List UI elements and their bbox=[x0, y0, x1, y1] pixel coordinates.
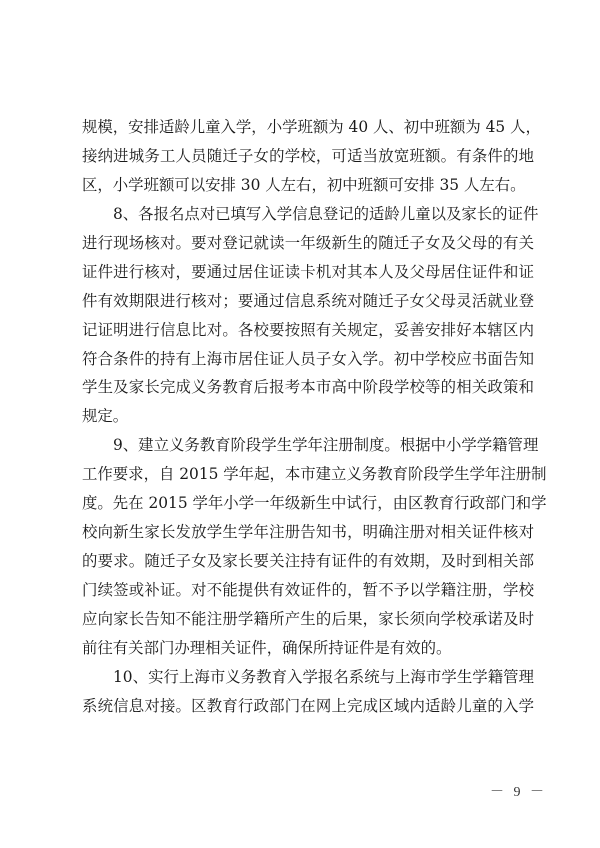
body-text: 规模，安排适龄儿童入学，小学班额为 40 人、初中班额为 45 人， 接纳进城务… bbox=[82, 113, 534, 721]
text-line: 规定。 bbox=[82, 402, 534, 431]
page-number: － 9 － bbox=[490, 781, 547, 801]
paragraph-8-first-line: 8、各报名点对已填写入学信息登记的适龄儿童以及家长的证件 bbox=[82, 200, 534, 229]
text-line: 系统信息对接。区教育行政部门在网上完成区域内适龄儿童的入学 bbox=[82, 692, 534, 721]
document-page: 规模，安排适龄儿童入学，小学班额为 40 人、初中班额为 45 人， 接纳进城务… bbox=[0, 0, 600, 848]
text-line: 应向家长告知不能注册学籍所产生的后果，家长须向学校承诺及时 bbox=[82, 605, 534, 634]
text-line: 件有效期限进行核对；要通过信息系统对随迁子女父母灵活就业登 bbox=[82, 287, 534, 316]
text-line: 前往有关部门办理相关证件，确保所持证件是有效的。 bbox=[82, 634, 534, 663]
text-line: 规模，安排适龄儿童入学，小学班额为 40 人、初中班额为 45 人， bbox=[82, 113, 534, 142]
paragraph-9-first-line: 9、建立义务教育阶段学生学年注册制度。根据中小学学籍管理 bbox=[82, 431, 534, 460]
text-line: 记证明进行信息比对。各校要按照有关规定，妥善安排好本辖区内 bbox=[82, 316, 534, 345]
text-line: 工作要求，自 2015 学年起，本市建立义务教育阶段学生学年注册制 bbox=[82, 460, 534, 489]
text-line: 度。先在 2015 学年小学一年级新生中试行，由区教育行政部门和学 bbox=[82, 489, 534, 518]
text-line: 校向新生家长发放学生学年注册告知书，明确注册对相关证件核对 bbox=[82, 518, 534, 547]
text-line: 区，小学班额可以安排 30 人左右，初中班额可安排 35 人左右。 bbox=[82, 171, 534, 200]
text-line: 学生及家长完成义务教育后报考本市高中阶段学校等的相关政策和 bbox=[82, 373, 534, 402]
text-line: 的要求。随迁子女及家长要关注持有证件的有效期，及时到相关部 bbox=[82, 547, 534, 576]
text-line: 证件进行核对，要通过居住证读卡机对其本人及父母居住证件和证 bbox=[82, 258, 534, 287]
text-line: 门续签或补证。对不能提供有效证件的，暂不予以学籍注册，学校 bbox=[82, 576, 534, 605]
text-line: 进行现场核对。要对登记就读一年级新生的随迁子女及父母的有关 bbox=[82, 229, 534, 258]
text-line: 接纳进城务工人员随迁子女的学校，可适当放宽班额。有条件的地 bbox=[82, 142, 534, 171]
text-line: 符合条件的持有上海市居住证人员子女入学。初中学校应书面告知 bbox=[82, 345, 534, 374]
paragraph-10-first-line: 10、实行上海市义务教育入学报名系统与上海市学生学籍管理 bbox=[82, 663, 534, 692]
